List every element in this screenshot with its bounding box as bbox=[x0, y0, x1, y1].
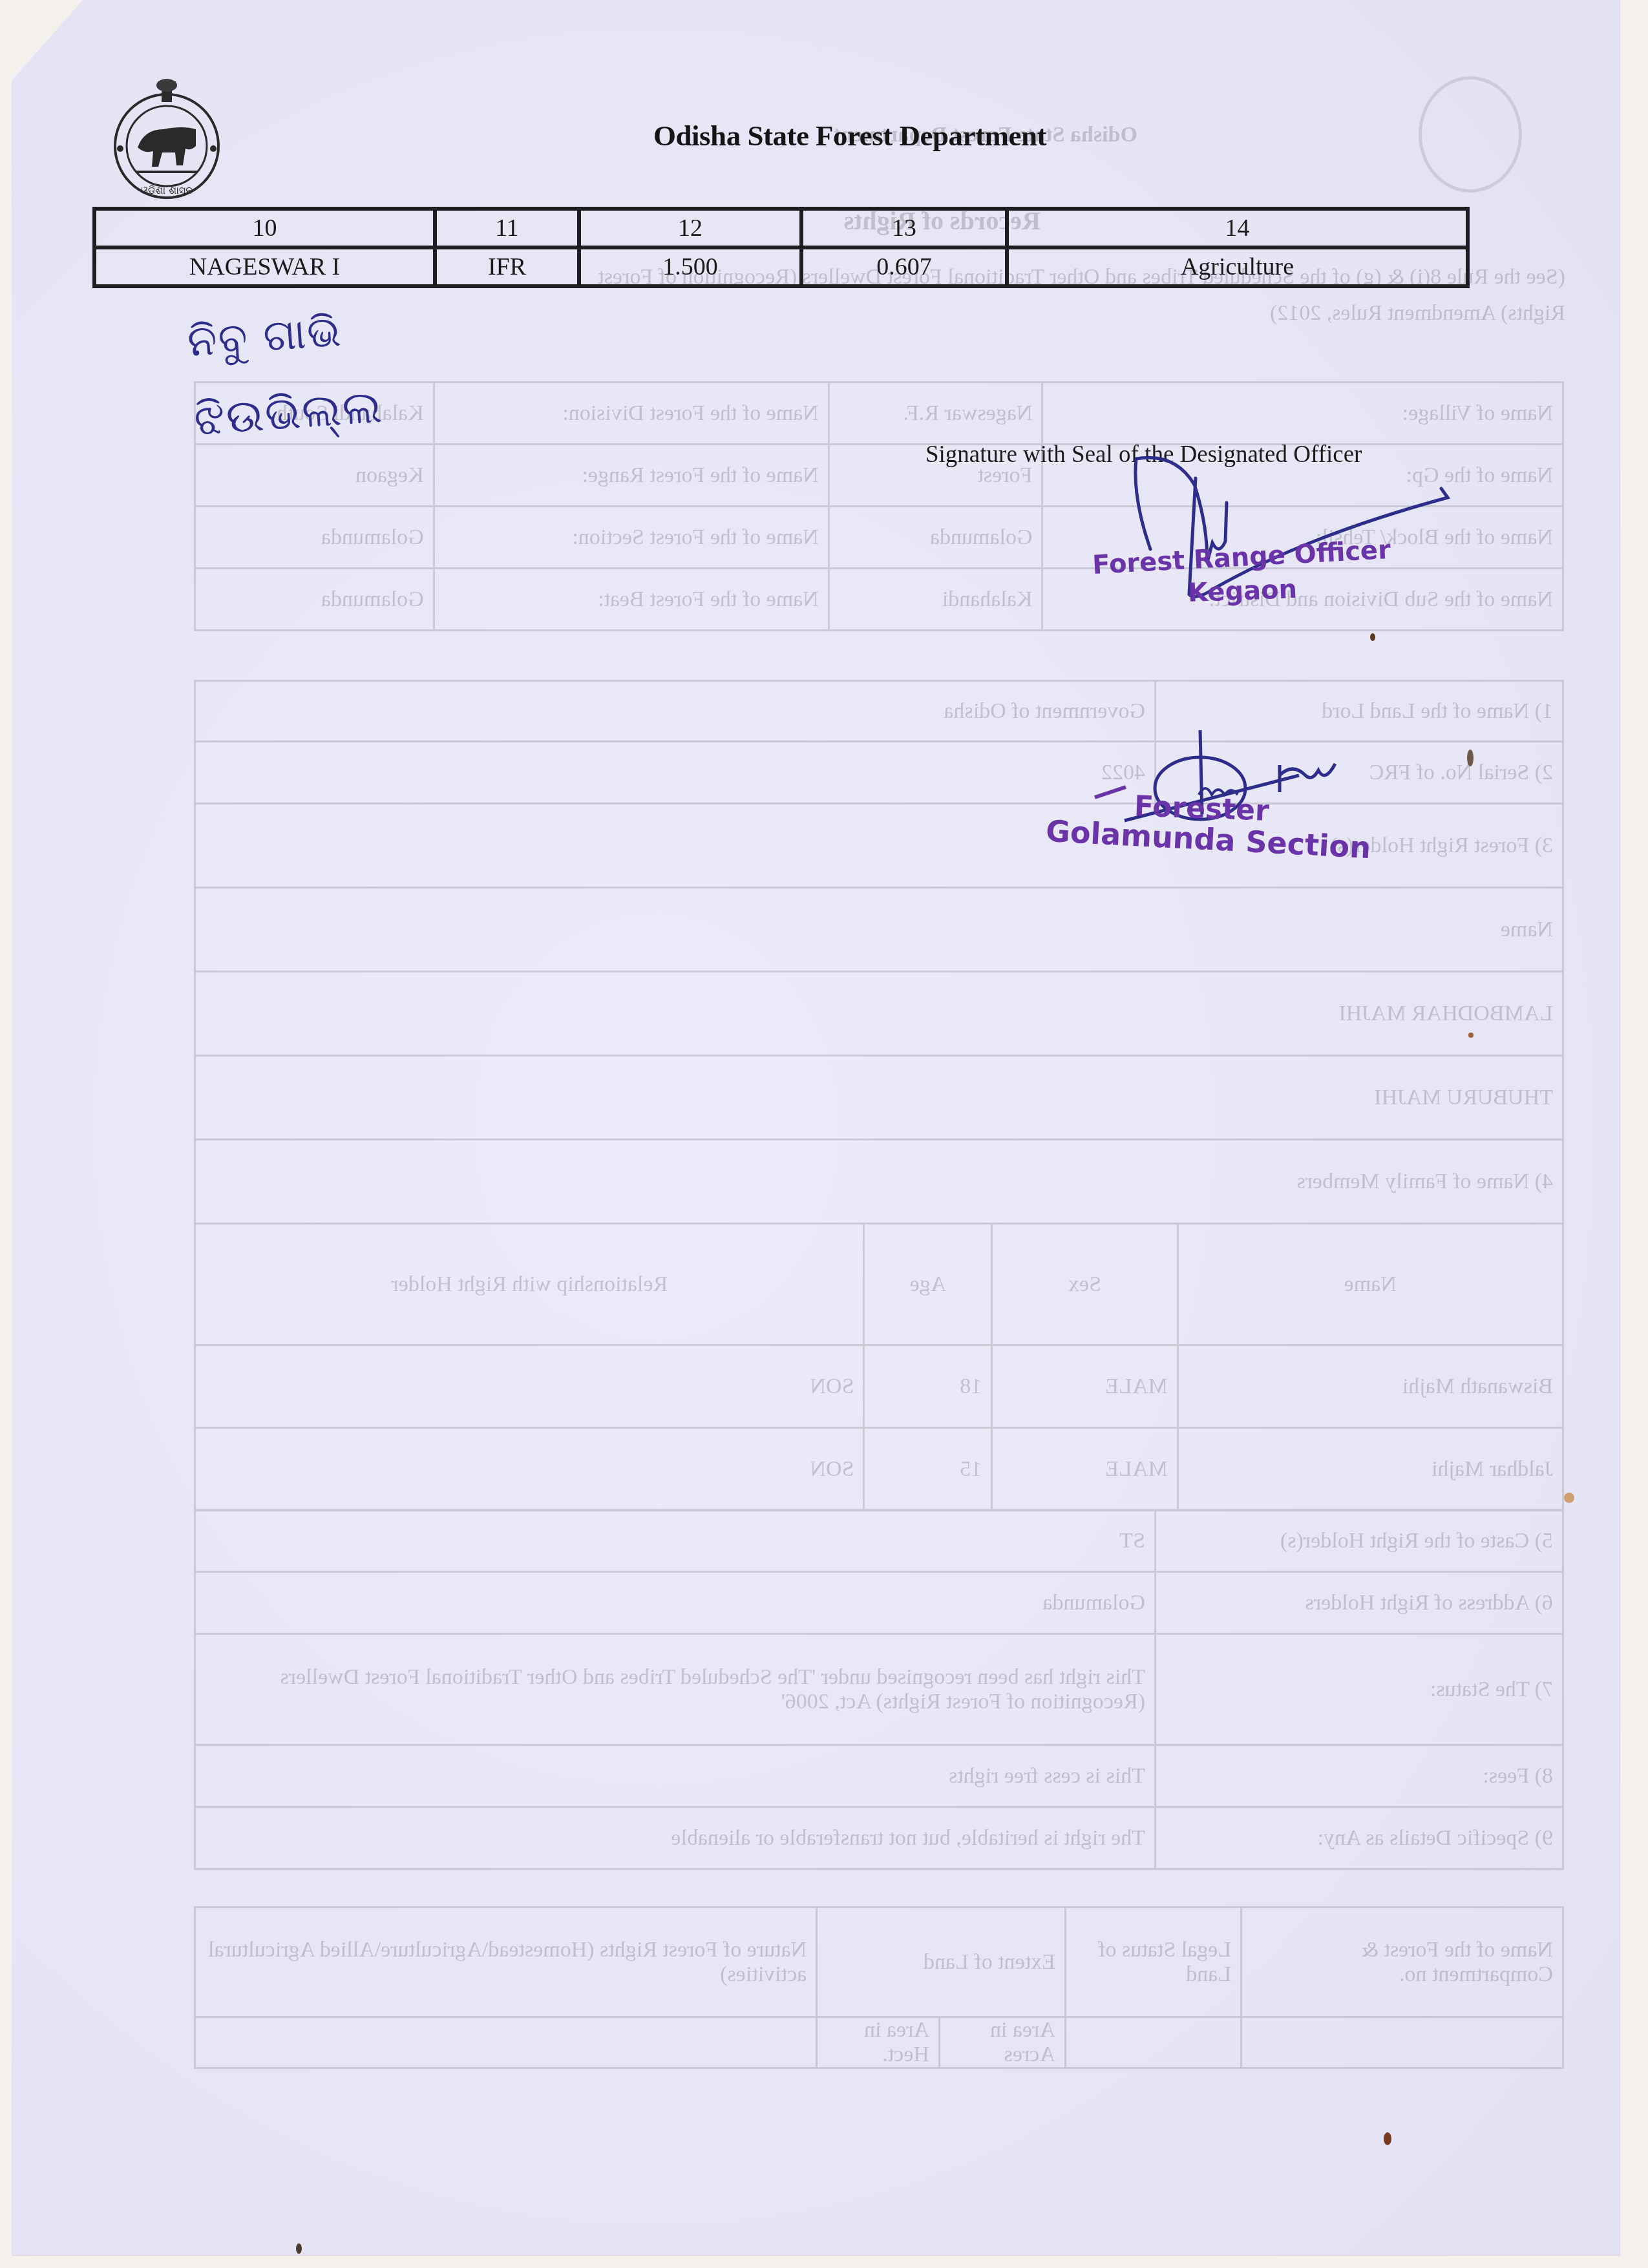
reverse-cell: 9) Specific Details as Any: bbox=[1156, 1807, 1563, 1869]
column-header: 11 bbox=[435, 209, 579, 247]
area-acres-cell: 1.500 bbox=[579, 247, 801, 286]
range-officer-stamp-line-2: Kegaon bbox=[1187, 574, 1298, 608]
reverse-family-header: NameSexAgeRelationship with Right Holder bbox=[195, 1224, 1563, 1345]
reverse-other-table: 5) Caste of the Right Holder(s)ST6) Addr… bbox=[194, 1509, 1564, 1870]
reverse-cell: Name of the Forest Division: bbox=[434, 383, 829, 445]
reverse-cell: Name of the Forest Range: bbox=[434, 445, 829, 507]
reverse-other-row: 9) Specific Details as Any:The right is … bbox=[195, 1807, 1563, 1869]
reverse-cell: The right is heritable, but not transfer… bbox=[195, 1807, 1156, 1869]
reverse-cell: Name of the Forest & Compartment no. bbox=[1241, 1907, 1563, 2017]
reverse-cell: Golamunda bbox=[195, 1572, 1156, 1634]
column-header: 14 bbox=[1007, 209, 1468, 247]
reverse-other-row: 5) Caste of the Right Holder(s)ST bbox=[195, 1510, 1563, 1572]
stamp-mark bbox=[1092, 782, 1131, 801]
column-header: 12 bbox=[579, 209, 801, 247]
reverse-cell: MALE bbox=[992, 1428, 1178, 1511]
paper-debris bbox=[296, 2243, 302, 2254]
table-header-row: 10 11 12 13 14 bbox=[94, 209, 1468, 247]
reverse-cell: ST bbox=[195, 1510, 1156, 1572]
paper-debris bbox=[1468, 1033, 1474, 1038]
reverse-cell: Golamunda bbox=[195, 507, 434, 569]
paper-debris bbox=[1384, 2132, 1391, 2145]
reverse-cell: Extent of Land bbox=[817, 1907, 1066, 2017]
reverse-cell: Area in Acres bbox=[940, 2017, 1066, 2068]
reverse-cell: Biswanath Majhi bbox=[1178, 1345, 1563, 1428]
nature-of-rights-cell: Agriculture bbox=[1007, 247, 1468, 286]
reverse-cell: Area in Hect. bbox=[817, 2017, 940, 2068]
reverse-subheading-2: Rights) Amendment Rules, 2012) bbox=[1270, 301, 1565, 326]
page-title: Odisha State Forest Department bbox=[0, 119, 1648, 152]
reverse-other-row: 7) The Status:This right has been recogn… bbox=[195, 1634, 1563, 1745]
reverse-cell: Name of Village: bbox=[1042, 383, 1563, 445]
area-hect-cell: 0.607 bbox=[801, 247, 1007, 286]
reverse-cell: Kalahandi bbox=[829, 569, 1042, 631]
record-table: 10 11 12 13 14 NAGESWAR I IFR 1.500 0.60… bbox=[92, 207, 1470, 288]
reverse-cell: SON bbox=[195, 1345, 864, 1428]
reverse-cell: Relationship with Right Holder bbox=[195, 1224, 864, 1345]
reverse-cell: Name of the Forest Beat: bbox=[434, 569, 829, 631]
reverse-cell: Sex bbox=[992, 1224, 1178, 1345]
handwritten-note-line-1: ନିବୁ ଗାଭି bbox=[186, 306, 344, 368]
reverse-location-row: Name of Village:Nageswar R.F.Name of the… bbox=[195, 383, 1563, 445]
reverse-land-table: Name of the Forest & Compartment no.Lega… bbox=[194, 1906, 1564, 2069]
reverse-other-row: 6) Address of Right HoldersGolamunda bbox=[195, 1572, 1563, 1634]
reverse-cell: 8) Fees: bbox=[1156, 1745, 1563, 1807]
reverse-cell bbox=[195, 2017, 817, 2068]
reverse-cell: Name of the Forest Section: bbox=[434, 507, 829, 569]
reverse-cell: 6) Address of Right Holders bbox=[1156, 1572, 1563, 1634]
reverse-cell: 7) The Status: bbox=[1156, 1634, 1563, 1745]
reverse-cell: 15 bbox=[864, 1428, 992, 1511]
column-header: 13 bbox=[801, 209, 1007, 247]
reverse-cell: Nature of Forest Rights (Homestead\Agric… bbox=[195, 1907, 817, 2017]
reverse-cell bbox=[1241, 2017, 1563, 2068]
reverse-land-header: Name of the Forest & Compartment no.Lega… bbox=[195, 1907, 1563, 2017]
reverse-other-row: 8) Fees:This is cess free rights bbox=[195, 1745, 1563, 1807]
reverse-cell: Age bbox=[864, 1224, 992, 1345]
reverse-family-table: NameSexAgeRelationship with Right Holder… bbox=[194, 1223, 1564, 1511]
reverse-cell: Golamunda bbox=[195, 569, 434, 631]
svg-text:ଓଡ଼ିଶା ଶାସନ: ଓଡ଼ିଶା ଶାସନ bbox=[141, 184, 193, 196]
column-header: 10 bbox=[94, 209, 435, 247]
reverse-cell: 18 bbox=[864, 1345, 992, 1428]
reverse-cell: Name bbox=[1178, 1224, 1563, 1345]
reverse-cell: This is cess free rights bbox=[195, 1745, 1156, 1807]
reverse-cell bbox=[1065, 2017, 1241, 2068]
reverse-cell: Jaldhar Majhi bbox=[1178, 1428, 1563, 1511]
paper-debris bbox=[1467, 750, 1474, 766]
paper-debris bbox=[1564, 1493, 1574, 1503]
paper-debris bbox=[1370, 633, 1375, 641]
reverse-land-subheader: Area in AcresArea in Hect. bbox=[195, 2017, 1563, 2068]
reverse-family-row: Jaldhar MajhiMALE15SON bbox=[195, 1428, 1563, 1511]
reverse-cell: MALE bbox=[992, 1345, 1178, 1428]
reverse-cell: Legal Status of Land bbox=[1065, 1907, 1241, 2017]
reverse-cell: Nageswar R.F. bbox=[829, 383, 1042, 445]
reverse-cell: SON bbox=[195, 1428, 864, 1511]
forest-name-cell: NAGESWAR I bbox=[94, 247, 435, 286]
reverse-cell: This right has been recognised under 'Th… bbox=[195, 1634, 1156, 1745]
reverse-cell: Kegaon bbox=[195, 445, 434, 507]
table-row: NAGESWAR I IFR 1.500 0.607 Agriculture bbox=[94, 247, 1468, 286]
reverse-family-row: Biswanath MajhiMALE18SON bbox=[195, 1345, 1563, 1428]
reverse-cell: Golamunda bbox=[829, 507, 1042, 569]
reverse-cell: 5) Caste of the Right Holder(s) bbox=[1156, 1510, 1563, 1572]
legal-status-cell: IFR bbox=[435, 247, 579, 286]
